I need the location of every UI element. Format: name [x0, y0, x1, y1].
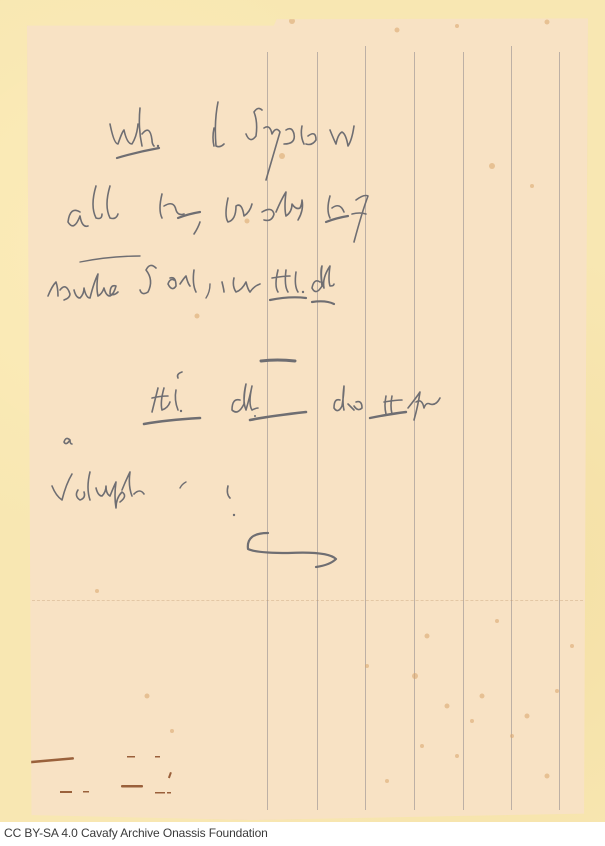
closing-flourish	[248, 533, 336, 567]
license-credit-caption: CC BY-SA 4.0 Cavafy Archive Onassis Foun…	[4, 826, 268, 840]
handwriting-line-5	[52, 438, 235, 516]
handwriting-pencil	[0, 0, 605, 822]
handwriting-line-2	[68, 186, 368, 242]
handwriting-line-1	[110, 102, 354, 180]
handwriting-line-3	[48, 256, 334, 304]
separator-dash	[261, 360, 295, 361]
handwriting-line-4	[144, 372, 440, 424]
